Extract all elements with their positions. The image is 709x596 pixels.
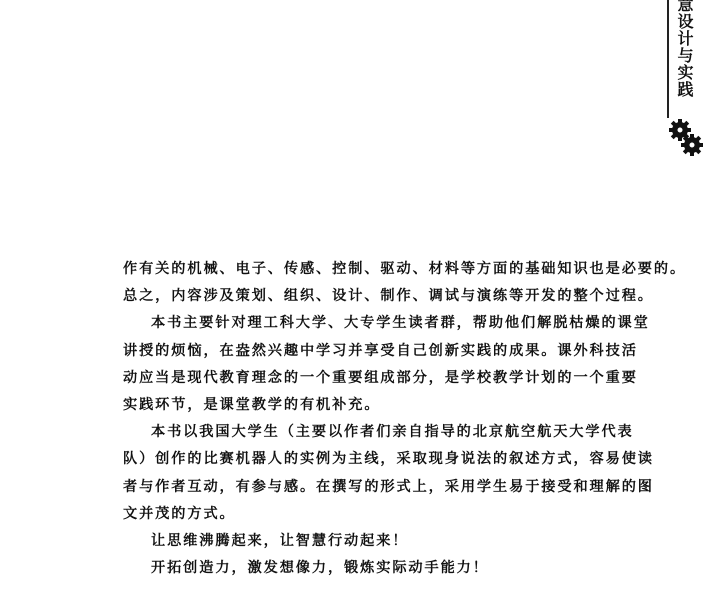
- text-line: 总之，内容涉及策划、组织、设计、制作、调试与演练等开发的整个过程。: [123, 283, 653, 310]
- text-line: 讲授的烦恼，在盎然兴趣中学习并享受自己创新实践的成果。课外科技活: [123, 338, 653, 365]
- text-line: 动应当是现代教育理念的一个重要组成部分，是学校教学计划的一个重要: [123, 365, 653, 392]
- side-divider-line: [667, 0, 669, 118]
- text-line: 者与作者互动，有参与感。在撰写的形式上，采用学生易于接受和理解的图: [123, 474, 653, 501]
- slogan-line: 让思维沸腾起来，让智慧行动起来！: [123, 528, 653, 555]
- text-line: 队）创作的比赛机器人的实例为主线，采取现身说法的叙述方式，容易使读: [123, 446, 653, 473]
- body-text: 作有关的机械、电子、传感、控制、驱动、材料等方面的基础知识也是必要的。 总之，内…: [123, 256, 653, 582]
- paragraph-start-line: 本书以我国大学生（主要以作者们亲自指导的北京航空航天大学代表: [123, 419, 653, 446]
- slogan-line: 开拓创造力，激发想像力，锻炼实际动手能力！: [123, 555, 653, 582]
- chapter-side-tab: 意设计与实践: [662, 0, 709, 160]
- gears-icon: [668, 118, 704, 158]
- paragraph-start-line: 本书主要针对理工科大学、大专学生读者群，帮助他们解脱枯燥的课堂: [123, 310, 653, 337]
- text-line: 作有关的机械、电子、传感、控制、驱动、材料等方面的基础知识也是必要的。: [123, 256, 653, 283]
- side-tab-title: 意设计与实践: [674, 0, 694, 98]
- text-line: 实践环节，是课堂教学的有机补充。: [123, 392, 653, 419]
- text-line: 文并茂的方式。: [123, 501, 653, 528]
